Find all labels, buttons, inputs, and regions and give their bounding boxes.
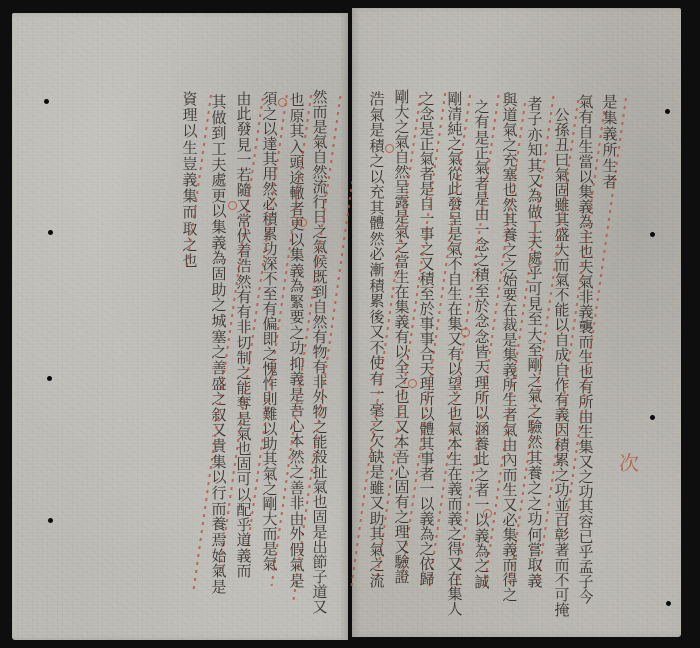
- character: 此: [474, 452, 490, 467]
- right-page: 是集義所生者 氣有自生當以集義為主也夫氣非義襲而生也有所由生集又之功其容已乎孟子…: [352, 8, 681, 637]
- character: 理: [182, 108, 198, 123]
- character: 取: [527, 558, 543, 573]
- character: 是: [369, 123, 385, 138]
- character: 取: [182, 222, 198, 237]
- character: 善: [211, 361, 227, 376]
- character: 以: [182, 124, 198, 139]
- text-column: 浩氣是積之以充其體然必漸積累後又不使有一毫之欠缺是雖又助其氣之流: [366, 92, 388, 589]
- column-text: 之有是正氣者是由一念之積至於念念皆天理所以涵養此之者一以義為之誠: [471, 100, 493, 590]
- character: 固: [211, 267, 227, 282]
- character: 功: [289, 341, 305, 356]
- character: 又: [369, 496, 385, 511]
- character: 掩: [554, 603, 570, 618]
- character: 證: [394, 570, 410, 585]
- character: 義: [182, 173, 198, 188]
- character: 義: [602, 127, 618, 142]
- text-column: 剛清純之氣從此發呈是氣不自生在集又有以望之也氣本生在義而義之得又在集人: [444, 92, 466, 590]
- character: 至: [527, 312, 543, 327]
- character: 而: [236, 564, 252, 579]
- character: 是: [211, 580, 227, 595]
- character: 集: [211, 220, 227, 235]
- character: 然: [527, 435, 543, 450]
- character: 要: [289, 310, 305, 325]
- character: 累: [369, 294, 385, 309]
- character: 之: [211, 392, 227, 407]
- character: 集: [289, 248, 305, 263]
- text-column: 也原其入頭途轍者更以集義為緊要之功抑義是吾心本然之善非由外假氣是: [286, 93, 308, 589]
- character: 流: [369, 574, 385, 589]
- text-column: 之有是正氣者是由一念之積至於念念皆天理所以涵養此之者一以義為之誠: [471, 100, 493, 590]
- character: 浩: [369, 92, 385, 107]
- text-column: 其做到工夫處更以集義為固助之城塞之善盛之叙又貴集以行而養焉始氣是: [208, 95, 230, 595]
- character: 城: [211, 314, 227, 329]
- character: 知: [527, 143, 543, 158]
- character: 之: [369, 154, 385, 169]
- character: 漸: [369, 263, 385, 278]
- character: 之: [182, 238, 198, 253]
- character: 又: [369, 325, 385, 340]
- character: 行: [211, 486, 227, 501]
- character: 工: [211, 142, 227, 157]
- character: 而: [182, 205, 198, 220]
- column-text: 與道氣之充塞也然其養之之始要在裁是集義所生者氣由內而生又必集義而得之: [499, 93, 521, 590]
- column-text: 浩氣是積之以充其體然必漸積累後又不使有一毫之欠缺是雖又助其氣之流: [366, 92, 388, 589]
- character: 是: [602, 95, 618, 110]
- character: 所: [602, 143, 618, 158]
- text-column: 與道氣之充塞也然其養之之始要在裁是集義所生者氣由內而生又必集義而得之: [499, 93, 521, 590]
- character: 是: [289, 574, 305, 589]
- text-column: 公孫丑曰氣固雖其盛大而氣不能以自成自作有義因積累之功並百彰著而不可掩: [551, 108, 573, 585]
- character: 之: [211, 345, 227, 360]
- character: 為: [289, 279, 305, 294]
- character: 集: [182, 189, 198, 204]
- character: 又: [312, 600, 328, 615]
- character: 其: [211, 95, 227, 110]
- character: 氣: [527, 389, 543, 404]
- character: 人: [447, 602, 463, 617]
- text-column: 氣有自生當以集義為主也夫氣非義襲而生也有所由生集又之功其容已乎孟子今: [575, 95, 597, 542]
- column-text: 也原其入頭途轍者更以集義為緊要之功抑義是吾心本然之善非由外假氣是: [286, 93, 308, 589]
- left-page: 然而是氣自然流行日之氣候既到自然有物有非外物之能殺扯氣也固是出節子道又 也原其入…: [12, 13, 348, 640]
- character: 生: [182, 141, 198, 156]
- character: 欠: [369, 434, 385, 449]
- character: 功: [527, 512, 543, 527]
- character: 歸: [419, 572, 435, 587]
- column-text: 資理以生豈義集而取之也: [179, 92, 201, 269]
- character: 也: [289, 93, 305, 108]
- character: 是: [369, 465, 385, 480]
- column-text: 氣有自生當以集義為主也夫氣非義襲而生也有所由生集又之功其容已乎孟子今: [575, 95, 597, 542]
- text-column: 然而是氣自然流行日之氣候既到自然有物有非外物之能殺扯氣也固是出節子道又: [309, 90, 331, 605]
- column-text: 公孫丑曰氣固雖其盛大而氣不能以自成自作有義因積累之功並百彰著而不可掩: [551, 108, 573, 585]
- character: 資: [182, 92, 198, 107]
- character: 其: [289, 124, 305, 139]
- column-text: 其做到工夫處更以集義為固助之城塞之善盛之叙又貴集以行而養焉始氣是: [208, 95, 230, 595]
- text-column: 資理以生豈義集而取之也: [179, 92, 201, 269]
- column-text: 然而是氣自然流行日之氣候既到自然有物有非外物之能殺扯氣也固是出節子道又: [309, 90, 331, 605]
- character: 處: [211, 173, 227, 188]
- character: 誠: [474, 575, 490, 590]
- character: 之: [502, 588, 518, 603]
- character: 義: [527, 574, 543, 589]
- character: 以: [474, 406, 490, 421]
- character: 今: [578, 590, 594, 605]
- character: 貴: [211, 439, 227, 454]
- character: 也: [182, 254, 198, 269]
- character: 氣: [211, 564, 227, 579]
- column-text: 剛清純之氣從此發呈是氣不自生在集又有以望之也氣本生在義而義之得又在集人: [444, 92, 466, 590]
- character: 焉: [211, 533, 227, 548]
- character: 氣: [262, 557, 278, 572]
- character: 豈: [182, 157, 198, 172]
